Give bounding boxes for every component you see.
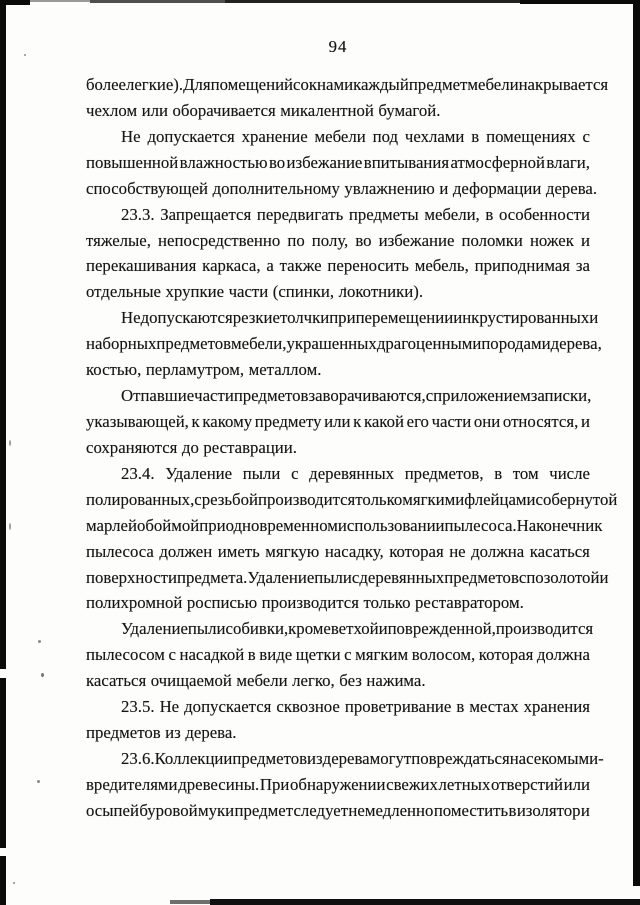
- word: насадкой: [179, 642, 244, 668]
- text-block: болеелегкие).Дляпомещенийсокнамикаждыйпр…: [86, 72, 590, 824]
- word: Удаление: [165, 461, 232, 487]
- word: а: [266, 253, 273, 279]
- word: во: [355, 228, 371, 254]
- text-line: 23.5.Недопускаетсясквозноепроветриваниев…: [86, 694, 590, 720]
- word: насадку,: [325, 539, 384, 565]
- text-line: тяжелые,непосредственнопополу,воизбежани…: [86, 228, 590, 254]
- word: части: [432, 409, 472, 435]
- word: которая: [479, 642, 534, 668]
- word: бумагой.: [378, 98, 440, 124]
- word: не: [449, 539, 465, 565]
- word: также: [280, 253, 322, 279]
- word: предметы: [349, 202, 419, 228]
- scan-top-edge-band: [30, 0, 90, 2]
- word: заворачиваются,: [308, 383, 425, 409]
- word: деревянных: [359, 565, 444, 591]
- word: они: [474, 409, 500, 435]
- word: нажима.: [366, 668, 425, 694]
- word: окнами: [301, 72, 354, 98]
- word: с: [168, 642, 175, 668]
- word: пылесосом: [86, 642, 165, 668]
- word: допускается: [147, 124, 234, 150]
- word: древесины.: [178, 772, 259, 798]
- word: до: [182, 435, 199, 461]
- word: пылесоса.: [445, 513, 517, 539]
- word: в: [471, 124, 479, 150]
- word: деревянных: [309, 461, 394, 487]
- scan-edge-gap: [0, 669, 6, 678]
- word: проветривание: [345, 694, 452, 720]
- word: реставратором.: [415, 590, 524, 616]
- word: хранения: [524, 694, 590, 720]
- text-line: указывающей,ккакомупредметуиликкакойегоч…: [86, 409, 590, 435]
- word: атмосферной: [450, 150, 545, 176]
- word: относятся,: [503, 409, 578, 435]
- word: по: [287, 228, 304, 254]
- word: отверстий: [491, 772, 563, 798]
- word: каркаса,: [202, 253, 260, 279]
- word: с: [583, 124, 590, 150]
- word: во: [269, 150, 285, 176]
- word: марлей: [86, 513, 137, 539]
- word: костью,: [86, 357, 141, 383]
- text-line: 23.6.Коллекциипредметовиздеревамогутповр…: [86, 746, 590, 772]
- text-line: Недопускаетсяхранениемебелиподчехламивпо…: [86, 124, 590, 150]
- word: поместить: [434, 798, 508, 824]
- word: дополнительному: [213, 176, 340, 202]
- word: очищаемой: [151, 668, 232, 694]
- text-line: касатьсяочищаемоймебелилегко,безнажима.: [86, 668, 590, 694]
- word: предметов: [156, 331, 231, 357]
- word: (спинки,: [273, 279, 334, 305]
- word: микалентной: [280, 98, 374, 124]
- word: в: [485, 202, 493, 228]
- word: в: [248, 642, 256, 668]
- word: насекомыми-: [510, 746, 604, 772]
- word: с: [293, 72, 300, 98]
- word: флейцами: [464, 487, 535, 513]
- word: перламутром,: [146, 357, 244, 383]
- word: должен: [159, 539, 212, 565]
- word: тяжелые,: [86, 228, 151, 254]
- word: резкие: [233, 305, 280, 331]
- word: свежих: [386, 772, 438, 798]
- word: мягкими: [402, 487, 464, 513]
- word: или: [142, 98, 168, 124]
- word: мебели,: [424, 202, 479, 228]
- word: накрывается: [519, 72, 609, 98]
- word: и: [581, 798, 590, 824]
- word: ножек: [530, 228, 574, 254]
- word: ветхой: [331, 616, 379, 642]
- scanned-document-page: 94 болеелегкие).Дляпомещенийсокнамикажды…: [0, 0, 640, 905]
- word: инкрустированных: [453, 305, 589, 331]
- word: толчки: [280, 305, 329, 331]
- word: резьбой: [202, 487, 258, 513]
- word: в: [456, 694, 464, 720]
- word: производится: [258, 487, 355, 513]
- text-line: сохраняютсядореставрации.: [86, 435, 590, 461]
- word: виде: [259, 642, 292, 668]
- word: 23.6.: [121, 746, 155, 772]
- word: реставрации.: [203, 435, 297, 461]
- word: пыли: [188, 616, 226, 642]
- word: породами: [481, 331, 550, 357]
- scan-top-edge-band: [90, 0, 225, 3]
- word: предметов: [232, 746, 307, 772]
- word: под: [373, 124, 398, 150]
- scan-edge-gap: [0, 848, 6, 856]
- word: пылесоса: [86, 539, 154, 565]
- word: и: [589, 305, 598, 331]
- word: предметов: [444, 565, 519, 591]
- word: должна: [537, 642, 590, 668]
- word: и: [581, 228, 590, 254]
- scan-top-edge-band: [520, 0, 640, 4]
- word: 23.3.: [121, 202, 155, 228]
- word: иметь: [218, 539, 260, 565]
- word: местах: [469, 694, 518, 720]
- word: летных: [439, 772, 491, 798]
- scan-top-edge-band: [0, 0, 30, 5]
- word: украшенных: [286, 331, 376, 357]
- scan-bottom-edge-band: [170, 900, 215, 904]
- word: буровой: [139, 798, 197, 824]
- word: и: [581, 409, 590, 435]
- word: полихромной: [86, 590, 182, 616]
- text-line: отдельныехрупкиечасти(спинки,локотники).: [86, 279, 590, 305]
- text-line: пылесосомснасадкойввидещеткисмягкимволос…: [86, 642, 590, 668]
- word: особенности: [499, 202, 590, 228]
- word: предмету: [255, 409, 322, 435]
- word: полированных,: [86, 487, 194, 513]
- word: дерева: [323, 746, 370, 772]
- word: допускаются: [141, 305, 233, 331]
- text-line: 23.4.Удалениепылисдеревянныхпредметов,вт…: [86, 461, 590, 487]
- word: без: [339, 668, 362, 694]
- word: обнаружении: [290, 772, 385, 798]
- word: к: [192, 409, 200, 435]
- word: дерева.: [185, 720, 236, 746]
- word: какой: [364, 409, 404, 435]
- word: мягким: [355, 642, 408, 668]
- word: за: [576, 253, 590, 279]
- text-line: пылесосадолжениметьмягкуюнасадку,которая…: [86, 539, 590, 565]
- word: мебели: [315, 124, 366, 150]
- text-line: 23.3.Запрещаетсяпередвигатьпредметымебел…: [86, 202, 590, 228]
- word: оборачивается: [173, 98, 276, 124]
- scan-left-edge-bar: [0, 0, 6, 905]
- scan-speck: [38, 640, 41, 643]
- text-line: полихромнойросписьюпроизводитсятолькорес…: [86, 590, 590, 616]
- word: которая: [389, 539, 444, 565]
- word: При: [260, 772, 290, 798]
- word: могут: [370, 746, 412, 772]
- word: Наконечник: [517, 513, 603, 539]
- word: увлажнению: [344, 176, 434, 202]
- word: из: [307, 746, 323, 772]
- text-line: поверхностипредмета.Удалениепылисдеревян…: [86, 565, 590, 591]
- word: при: [329, 305, 355, 331]
- word: мебели: [236, 668, 287, 694]
- word: и: [379, 616, 388, 642]
- word: деформации: [453, 176, 542, 202]
- word: поврежденной,: [388, 616, 496, 642]
- word: более: [86, 72, 126, 98]
- word: только: [355, 487, 402, 513]
- text-line: полированных,срезьбойпроизводитсятольком…: [86, 487, 590, 513]
- word: росписью: [187, 590, 257, 616]
- word: металлом.: [249, 357, 322, 383]
- word: предметов: [86, 720, 161, 746]
- text-line: Удалениепылисобивки,кромеветхойиповрежде…: [86, 616, 590, 642]
- word: пыли: [243, 461, 281, 487]
- word: из: [165, 720, 181, 746]
- word: полу,: [312, 228, 348, 254]
- scan-speck: [9, 440, 11, 446]
- text-line: Отпавшиечастипредметовзаворачиваются,спр…: [86, 383, 590, 409]
- word: передвигать: [257, 202, 343, 228]
- word: чехлами: [405, 124, 464, 150]
- word: изолятор: [517, 798, 581, 824]
- word: каждый: [353, 72, 409, 98]
- word: какому: [202, 409, 252, 435]
- text-line: марлейобоймойприодновременномиспользован…: [86, 513, 590, 539]
- word: поверхности: [86, 565, 177, 591]
- word: касаться: [530, 539, 590, 565]
- word: обернутой: [543, 487, 617, 513]
- scan-speck: [24, 54, 26, 56]
- scan-bottom-edge-band: [210, 899, 640, 905]
- word: части: [229, 279, 269, 305]
- word: указывающей,: [86, 409, 189, 435]
- word: использовании: [338, 513, 445, 539]
- word: и: [439, 176, 448, 202]
- word: только: [363, 590, 410, 616]
- word: сквозное: [276, 694, 339, 720]
- text-line: костью,перламутром,металлом.: [86, 357, 590, 383]
- word: дерева.: [546, 176, 597, 202]
- word: кроме: [288, 616, 331, 642]
- scan-speck: [13, 882, 15, 884]
- word: мягкую: [265, 539, 319, 565]
- word: перемещении: [356, 305, 454, 331]
- word: хранение: [242, 124, 308, 150]
- word: немедленно: [348, 798, 433, 824]
- word: 23.5.: [121, 694, 155, 720]
- word: влажностью: [180, 150, 268, 176]
- word: мебели,: [231, 331, 286, 357]
- word: мебель,: [415, 253, 469, 279]
- word: мебели: [467, 72, 518, 98]
- word: хрупкие: [166, 279, 225, 305]
- text-line: осыпейбуровоймукипредметследуетнемедленн…: [86, 798, 590, 824]
- word: с: [344, 642, 351, 668]
- word: сохраняются: [86, 435, 177, 461]
- text-line: наборныхпредметовмебели,украшенныхдрагоц…: [86, 331, 590, 357]
- word: производится: [262, 590, 359, 616]
- word: части: [194, 383, 234, 409]
- scan-top-edge-band: [225, 0, 520, 3]
- word: касаться: [86, 668, 146, 694]
- word: волосом,: [412, 642, 476, 668]
- word: Отпавшие: [121, 383, 194, 409]
- word: одновременном: [226, 513, 338, 539]
- word: отдельные: [86, 279, 161, 305]
- word: или: [324, 409, 350, 435]
- word: при: [199, 513, 225, 539]
- word: способствующей: [86, 176, 208, 202]
- word: Для: [183, 72, 211, 98]
- text-line: повышеннойвлажностьювоизбежаниевпитывани…: [86, 150, 590, 176]
- word: дерева,: [551, 331, 602, 357]
- word: Удаление: [247, 565, 314, 591]
- word: или: [564, 772, 590, 798]
- word: Удаление: [121, 616, 188, 642]
- word: обоймой: [137, 513, 199, 539]
- word: повреждаться: [411, 746, 509, 772]
- word: осыпей: [86, 798, 139, 824]
- word: и: [599, 565, 608, 591]
- word: приложением: [433, 383, 531, 409]
- word: с: [536, 487, 543, 513]
- word: следует: [293, 798, 348, 824]
- word: приподнимая: [475, 253, 570, 279]
- word: легко,: [292, 668, 335, 694]
- word: чехлом: [86, 98, 137, 124]
- scan-speck: [41, 673, 44, 677]
- text-line: перекашиваниякаркаса,атакжепереноситьмеб…: [86, 253, 590, 279]
- word: Не: [121, 124, 141, 150]
- word: легкие).: [126, 72, 183, 98]
- word: повышенной: [86, 150, 178, 176]
- word: локотники).: [339, 279, 423, 305]
- word: том: [513, 461, 539, 487]
- word: допускается: [184, 694, 271, 720]
- word: переносить: [327, 253, 408, 279]
- word: впитывания: [364, 150, 449, 176]
- word: к: [353, 409, 361, 435]
- word: предмета.: [177, 565, 247, 591]
- text-line: способствующейдополнительномуувлажнениюи…: [86, 176, 590, 202]
- word: избежание: [287, 150, 363, 176]
- word: влаги,: [546, 150, 590, 176]
- word: числе: [549, 461, 590, 487]
- scan-speck: [9, 523, 11, 530]
- word: помещений: [211, 72, 293, 98]
- word: пыли: [314, 565, 352, 591]
- text-line: Недопускаютсярезкиетолчкиприперемещениии…: [86, 305, 590, 331]
- text-line: болеелегкие).Дляпомещенийсокнамикаждыйпр…: [86, 72, 590, 98]
- word: Запрещается: [160, 202, 251, 228]
- word: перекашивания: [86, 253, 196, 279]
- word: избежание: [379, 228, 455, 254]
- word: Коллекции: [155, 746, 233, 772]
- word: помещениях: [486, 124, 576, 150]
- word: вредителями: [86, 772, 178, 798]
- word: Не: [160, 694, 180, 720]
- scan-right-edge-bar: [633, 0, 640, 886]
- word: позолотой: [526, 565, 599, 591]
- word: непосредственно: [158, 228, 280, 254]
- word: с: [291, 461, 298, 487]
- word: его: [407, 409, 429, 435]
- word: обивки,: [233, 616, 288, 642]
- word: предмет: [235, 798, 294, 824]
- word: 23.4.: [121, 461, 155, 487]
- text-line: предметовиздерева.: [86, 720, 590, 746]
- word: записки,: [531, 383, 592, 409]
- word: в: [494, 461, 502, 487]
- scan-speck: [37, 780, 40, 783]
- word: наборных: [86, 331, 156, 357]
- word: должна: [471, 539, 524, 565]
- word: драгоценными: [377, 331, 482, 357]
- word: с: [194, 487, 201, 513]
- word: поломки: [462, 228, 523, 254]
- word: предмет: [409, 72, 468, 98]
- page-number: 94: [86, 34, 590, 60]
- word: производится: [496, 616, 593, 642]
- word: в: [509, 798, 517, 824]
- text-line: чехломилиоборачиваетсямикалентнойбумагой…: [86, 98, 590, 124]
- word: предметов,: [405, 461, 484, 487]
- word: муки: [198, 798, 234, 824]
- word: щетки: [296, 642, 341, 668]
- text-line: вредителямидревесины.Приобнаружениисвежи…: [86, 772, 590, 798]
- word: с: [226, 616, 233, 642]
- word: предметов: [234, 383, 309, 409]
- word: Не: [121, 305, 141, 331]
